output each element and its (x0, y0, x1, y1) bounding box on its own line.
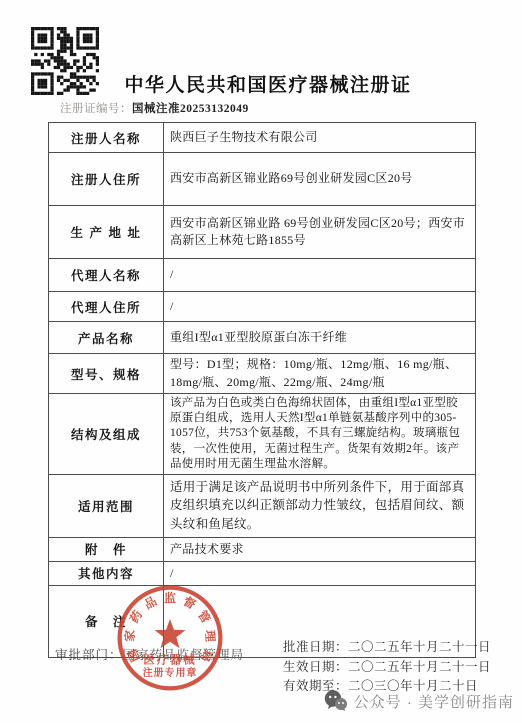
table-row: 型号、规格 型号：D1型；规格：10mg/瓶、12mg/瓶、16 mg/瓶、18… (49, 354, 476, 394)
row-value: 重组I型α1亚型胶原蛋白冻干纤维 (164, 322, 476, 354)
row-label: 适用范围 (49, 474, 164, 537)
approval-date-line: 批准日期：二〇二五年十月二十一日 (283, 638, 491, 658)
watermark: 公众号 · 美学创研指南 (324, 690, 514, 712)
table-row: 注册人名称 陕西巨子生物技术有限公司 (49, 123, 476, 153)
effective-date-value: 二〇二五年十月二十一日 (348, 660, 491, 674)
effective-date-label: 生效日期： (283, 660, 348, 674)
approval-department-label: 审批部门： (55, 648, 123, 662)
approval-department-line: 审批部门：国家药品监督管理局 (55, 645, 244, 663)
table-row: 产品名称 重组I型α1亚型胶原蛋白冻干纤维 (49, 322, 476, 354)
row-value: 产品技术要求 (164, 537, 476, 561)
approval-department-value: 国家药品监督管理局 (123, 648, 245, 662)
row-label: 型号、规格 (49, 354, 164, 394)
row-label: 附 件 (49, 537, 164, 561)
registration-table: 注册人名称 陕西巨子生物技术有限公司 注册人住所 西安市高新区锦业路69号创业研… (48, 122, 476, 658)
row-label: 注册人名称 (49, 123, 164, 153)
table-row: 生 产 地 址 西安市高新区锦业路 69号创业研发园C区20号；西安市高新区上林… (49, 206, 476, 259)
row-label: 代理人名称 (49, 259, 164, 292)
row-value: 该产品为白色或类白色海绵状固体，由重组I型α1亚型胶原蛋白组成，选用人天然I型α… (164, 394, 476, 475)
row-label: 注册人住所 (49, 153, 164, 206)
registration-number-label: 注册证编号： (60, 103, 132, 115)
row-value: 适用于满足该产品说明书中所列条件下，用于面部真皮组织填充以纠正额部动力性皱纹，包… (164, 474, 476, 537)
seal-line2: 注册专用章 (143, 666, 198, 679)
row-label: 结构及组成 (49, 394, 164, 475)
row-value: 西安市高新区锦业路69号创业研发园C区20号 (164, 153, 476, 206)
table-row: 其他内容 / (49, 561, 476, 585)
table-row: 代理人住所 / (49, 292, 476, 322)
table-row: 注册人住所 西安市高新区锦业路69号创业研发园C区20号 (49, 153, 476, 206)
row-value: / (164, 259, 476, 292)
row-value: / (164, 292, 476, 322)
row-label: 产品名称 (49, 322, 164, 354)
certificate-page: 中华人民共和国医疗器械注册证 注册证编号：国械注准20253132049 注册人… (0, 0, 522, 723)
approval-date-value: 二〇二五年十月二十一日 (348, 640, 491, 654)
registration-number-line: 注册证编号：国械注准20253132049 (60, 100, 249, 116)
row-value: 西安市高新区锦业路 69号创业研发园C区20号；西安市高新区上林苑七路1855号 (164, 206, 476, 259)
date-block: 批准日期：二〇二五年十月二十一日 生效日期：二〇二五年十月二十一日 有效期至：二… (283, 638, 491, 697)
table-row: 适用范围 适用于满足该产品说明书中所列条件下，用于面部真皮组织填充以纠正额部动力… (49, 474, 476, 537)
table-row: 附 件 产品技术要求 (49, 537, 476, 561)
table-row: 结构及组成 该产品为白色或类白色海绵状固体，由重组I型α1亚型胶原蛋白组成，选用… (49, 394, 476, 475)
registration-number-value: 国械注准20253132049 (132, 103, 249, 115)
row-value: / (164, 561, 476, 585)
certificate-title: 中华人民共和国医疗器械注册证 (48, 70, 488, 97)
table-row: 代理人名称 / (49, 259, 476, 292)
row-label: 生 产 地 址 (49, 206, 164, 259)
row-label: 其他内容 (49, 561, 164, 585)
approval-date-label: 批准日期： (283, 640, 348, 654)
row-label: 代理人住所 (49, 292, 164, 322)
row-value: 型号：D1型；规格：10mg/瓶、12mg/瓶、16 mg/瓶、18mg/瓶、2… (164, 354, 476, 394)
row-value: 陕西巨子生物技术有限公司 (164, 123, 476, 153)
effective-date-line: 生效日期：二〇二五年十月二十一日 (283, 658, 491, 678)
watermark-text: 公众号 · 美学创研指南 (354, 691, 514, 712)
wechat-icon (324, 690, 348, 712)
